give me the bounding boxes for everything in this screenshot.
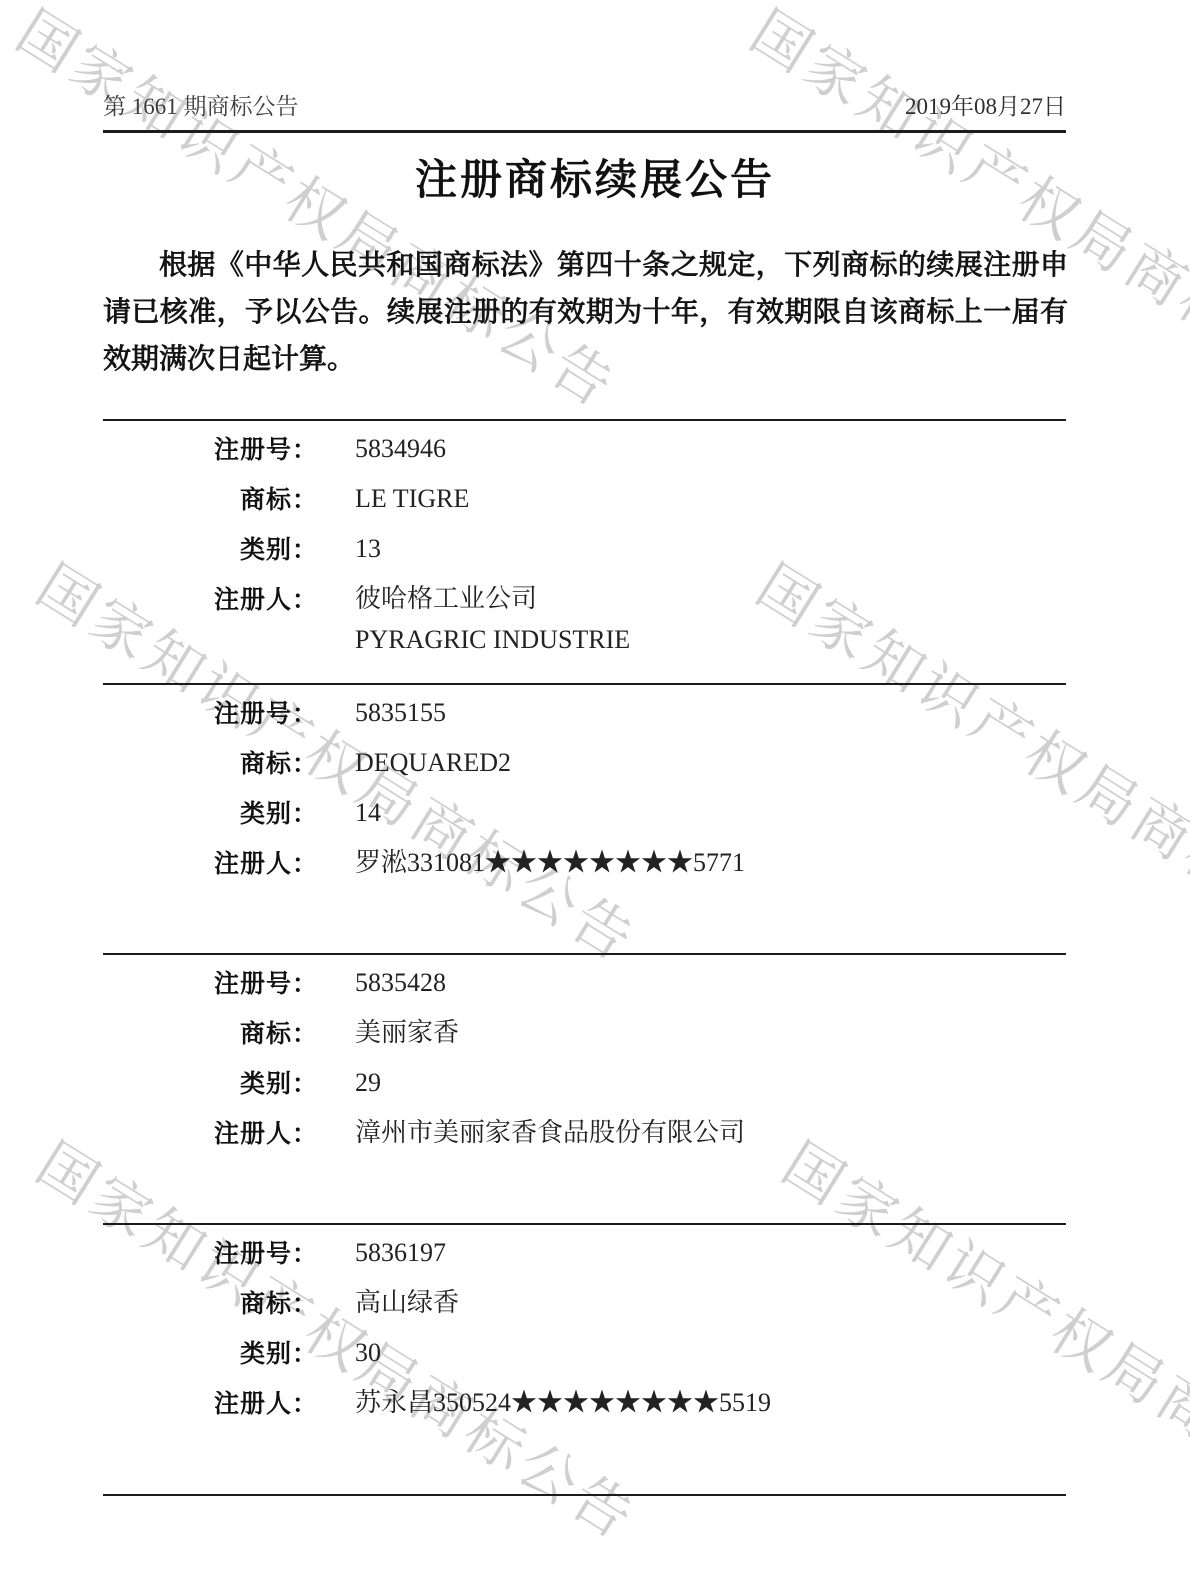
value-line: 14: [355, 792, 381, 833]
record: 注册号：5834946商标：LE TIGRE类别：13注册人：彼哈格工业公司PY…: [103, 419, 1066, 683]
value-line: LE TIGRE: [355, 478, 469, 519]
field-row-registrant: 注册人：罗淞331081★★★★★★★★5771: [103, 842, 1066, 892]
field-label-mark: 商标：: [103, 742, 318, 786]
value-line: DEQUARED2: [355, 742, 511, 783]
field-value-class: 14: [355, 792, 381, 833]
field-row-mark: 商标：DEQUARED2: [103, 742, 1066, 792]
value-line: 5834946: [355, 428, 446, 469]
registrant-line: PYRAGRIC INDUSTRIE: [355, 619, 630, 660]
field-value-class: 13: [355, 528, 381, 569]
field-value-reg-no: 5835155: [355, 692, 446, 733]
field-row-class: 类别：13: [103, 528, 1066, 578]
field-value-mark: 美丽家香: [355, 1012, 459, 1053]
value-line: 5835155: [355, 692, 446, 733]
value-line: 5835428: [355, 962, 446, 1003]
record: 注册号：5835155商标：DEQUARED2类别：14注册人：罗淞331081…: [103, 683, 1066, 953]
field-row-registrant: 注册人：彼哈格工业公司PYRAGRIC INDUSTRIE: [103, 578, 1066, 660]
field-row-mark: 商标：美丽家香: [103, 1012, 1066, 1062]
page-header: 第 1661 期商标公告 2019年08月27日: [103, 88, 1066, 121]
field-label-reg-no: 注册号：: [103, 692, 318, 736]
field-label-registrant: 注册人：: [103, 842, 318, 886]
field-row-registrant: 注册人：漳州市美丽家香食品股份有限公司: [103, 1112, 1066, 1162]
field-label-reg-no: 注册号：: [103, 1232, 318, 1276]
issue-label: 第 1661 期商标公告: [103, 88, 299, 121]
value-line: 29: [355, 1062, 381, 1103]
field-value-reg-no: 5835428: [355, 962, 446, 1003]
intro-paragraph: 根据《中华人民共和国商标法》第四十条之规定，下列商标的续展注册申请已核准，予以公…: [103, 241, 1068, 382]
field-label-class: 类别：: [103, 1062, 318, 1106]
field-label-registrant: 注册人：: [103, 1112, 318, 1156]
gazette-page: 国家知识产权局商标公告 国家知识产权局商标公告 国家知识产权局商标公告 国家知识…: [0, 0, 1190, 1596]
field-label-mark: 商标：: [103, 1282, 318, 1326]
field-row-class: 类别：14: [103, 792, 1066, 842]
field-value-mark: 高山绿香: [355, 1282, 459, 1323]
value-line: 美丽家香: [355, 1012, 459, 1053]
field-row-reg-no: 注册号：5836197: [103, 1232, 1066, 1282]
field-row-class: 类别：29: [103, 1062, 1066, 1112]
field-label-mark: 商标：: [103, 478, 318, 522]
record: 注册号：5836197商标：高山绿香类别：30注册人：苏永昌350524★★★★…: [103, 1223, 1066, 1496]
field-row-reg-no: 注册号：5835155: [103, 692, 1066, 742]
field-label-reg-no: 注册号：: [103, 962, 318, 1006]
field-label-registrant: 注册人：: [103, 1382, 318, 1426]
field-value-reg-no: 5836197: [355, 1232, 446, 1273]
value-line: 13: [355, 528, 381, 569]
page-content: 第 1661 期商标公告 2019年08月27日 注册商标续展公告 根据《中华人…: [0, 0, 1190, 1596]
field-label-registrant: 注册人：: [103, 578, 318, 622]
page-title: 注册商标续展公告: [0, 147, 1190, 207]
field-row-mark: 商标：高山绿香: [103, 1282, 1066, 1332]
registrant-line: 苏永昌350524★★★★★★★★5519: [355, 1382, 771, 1423]
record: 注册号：5835428商标：美丽家香类别：29注册人：漳州市美丽家香食品股份有限…: [103, 953, 1066, 1223]
field-value-mark: DEQUARED2: [355, 742, 511, 783]
field-value-class: 30: [355, 1332, 381, 1373]
field-row-reg-no: 注册号：5834946: [103, 428, 1066, 478]
field-value-registrant: 彼哈格工业公司PYRAGRIC INDUSTRIE: [355, 578, 630, 660]
field-value-reg-no: 5834946: [355, 428, 446, 469]
field-row-reg-no: 注册号：5835428: [103, 962, 1066, 1012]
field-row-mark: 商标：LE TIGRE: [103, 478, 1066, 528]
field-label-class: 类别：: [103, 528, 318, 572]
registrant-line: 罗淞331081★★★★★★★★5771: [355, 842, 745, 883]
field-label-class: 类别：: [103, 1332, 318, 1376]
value-line: 5836197: [355, 1232, 446, 1273]
field-value-mark: LE TIGRE: [355, 478, 469, 519]
value-line: 高山绿香: [355, 1282, 459, 1323]
header-date: 2019年08月27日: [905, 88, 1066, 121]
field-label-class: 类别：: [103, 792, 318, 836]
field-label-reg-no: 注册号：: [103, 428, 318, 472]
registrant-line: 漳州市美丽家香食品股份有限公司: [355, 1112, 745, 1153]
field-value-class: 29: [355, 1062, 381, 1103]
field-value-registrant: 漳州市美丽家香食品股份有限公司: [355, 1112, 745, 1153]
field-value-registrant: 罗淞331081★★★★★★★★5771: [355, 842, 745, 883]
value-line: 30: [355, 1332, 381, 1373]
field-label-mark: 商标：: [103, 1012, 318, 1056]
header-rule: [103, 130, 1066, 133]
field-row-registrant: 注册人：苏永昌350524★★★★★★★★5519: [103, 1382, 1066, 1432]
field-row-class: 类别：30: [103, 1332, 1066, 1382]
records-section: 注册号：5834946商标：LE TIGRE类别：13注册人：彼哈格工业公司PY…: [103, 419, 1066, 1496]
registrant-line: 彼哈格工业公司: [355, 578, 630, 619]
field-value-registrant: 苏永昌350524★★★★★★★★5519: [355, 1382, 771, 1423]
